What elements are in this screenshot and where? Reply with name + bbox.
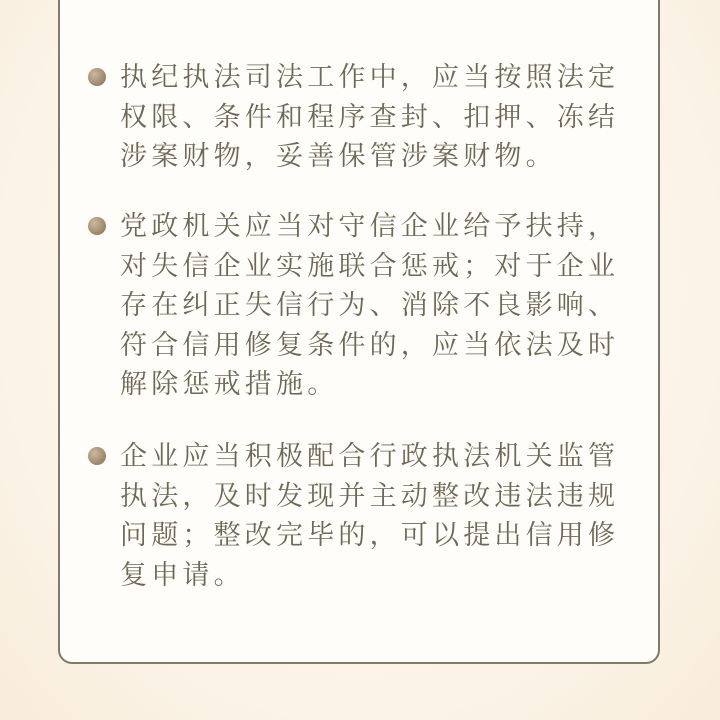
list-item: 党政机关应当对守信企业给予扶持，对失信企业实施联合惩戒；对于企业存在纠正失信行为… (120, 207, 640, 405)
item-text: 企业应当积极配合行政执法机关监管执法，及时发现并主动整改违法违规问题；整改完毕的… (120, 441, 619, 591)
item-text: 执纪执法司法工作中，应当按照法定权限、条件和程序查封、扣押、冻结涉案财物，妥善保… (120, 62, 619, 172)
list-item: 企业应当积极配合行政执法机关监管执法，及时发现并主动整改违法违规问题；整改完毕的… (120, 437, 640, 595)
item-text: 党政机关应当对守信企业给予扶持，对失信企业实施联合惩戒；对于企业存在纠正失信行为… (120, 211, 619, 400)
bullet-dot-icon (88, 217, 106, 235)
bullet-dot-icon (88, 68, 106, 86)
bullet-dot-icon (88, 447, 106, 465)
list-item: 执纪执法司法工作中，应当按照法定权限、条件和程序查封、扣押、冻结涉案财物，妥善保… (120, 58, 640, 177)
